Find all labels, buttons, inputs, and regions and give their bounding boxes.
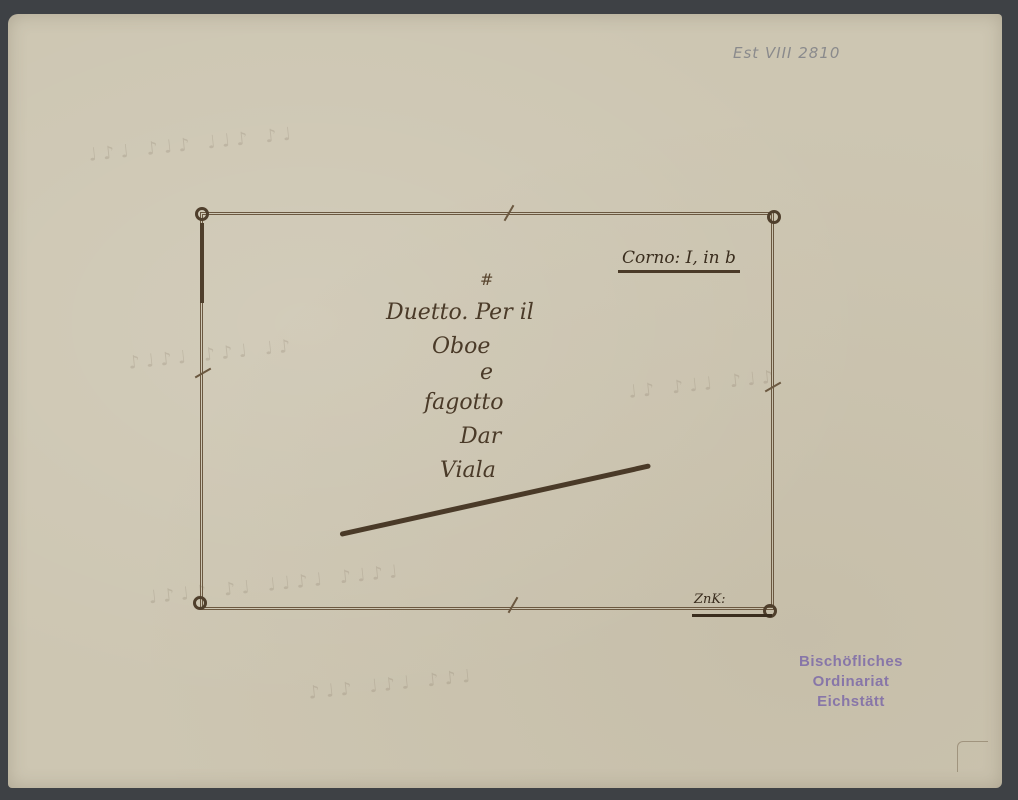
frame-corner-ornament (195, 207, 209, 221)
stamp-line-1: Bischöfliches (786, 652, 916, 672)
title-line-4: fagotto (424, 390, 504, 415)
title-line-5: Dar (460, 424, 501, 449)
bleed-through-notation: ♪♩♪ ♩♪♩ ♪♪♩ (307, 665, 477, 704)
corner-fold (957, 741, 988, 772)
bleed-through-notation: ♩♪♩ ♪♩♪ ♩♩♪ ♪♩ (87, 123, 298, 166)
frame-corner-ornament (193, 596, 207, 610)
copyist-initials: ZnK: (694, 592, 726, 607)
title-line-2: Oboe (432, 334, 490, 359)
sharp-mark: # (480, 270, 493, 289)
stamp-line-3: Eichstätt (786, 692, 916, 712)
title-line-1: Duetto. Per il (386, 300, 534, 325)
stamp-line-2: Ordinariat (786, 672, 916, 692)
initials-underline (692, 614, 772, 617)
instrument-part-label: Corno: I, in b (618, 248, 740, 273)
shelfmark: Est VIII 2810 (733, 44, 840, 62)
frame-corner-ornament (767, 210, 781, 224)
title-line-3: e (480, 360, 493, 385)
library-stamp: Bischöfliches Ordinariat Eichstätt (786, 652, 916, 712)
title-line-6: Viala (440, 458, 496, 483)
